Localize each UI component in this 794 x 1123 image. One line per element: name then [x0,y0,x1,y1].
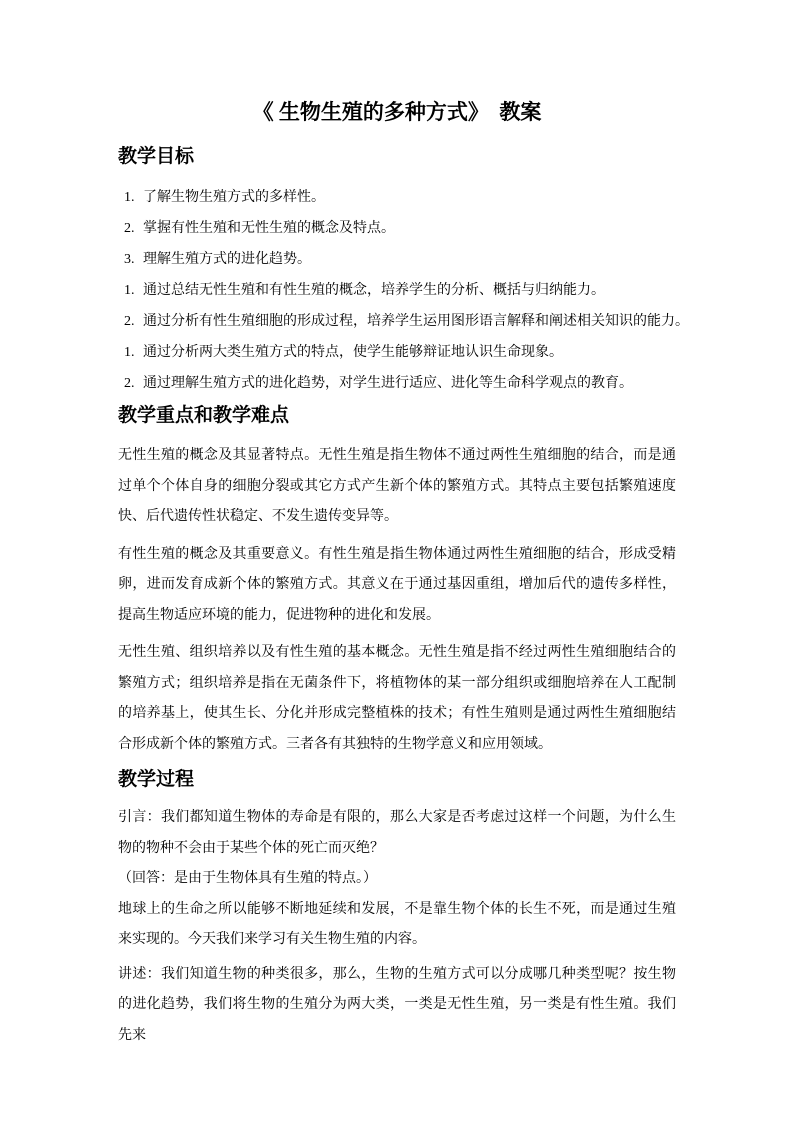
list-item-number: 1. [124,275,143,306]
paragraph-lecture: 讲述：我们知道生物的种类很多，那么，生物的生殖方式可以分成哪几种类型呢？按生物的… [118,960,676,1052]
list-item-text: 通过理解生殖方式的进化趋势，对学生进行适应、进化等生命科学观点的教育。 [143,376,633,391]
list-item: 2.通过分析有性生殖细胞的形成过程，培养学生运用图形语言解释和阐述相关知识的能力… [118,306,676,337]
list-item: 2.掌握有性生殖和无性生殖的概念及特点。 [118,213,676,244]
list-item-number: 2. [124,213,143,244]
paragraph-sexual-concept: 有性生殖的概念及其重要意义。有性生殖是指生物体通过两性生殖细胞的结合，形成受精卵… [118,540,676,632]
objectives-list: 1.了解生物生殖方式的多样性。 2.掌握有性生殖和无性生殖的概念及特点。 3.理… [118,182,676,399]
paragraph-life-continuation: 地球上的生命之所以能够不断地延续和发展，不是靠生物个体的长生不死，而是通过生殖来… [118,895,676,956]
list-item-number: 2. [124,306,143,337]
list-item-number: 1. [124,337,143,368]
list-item-number: 3. [124,244,143,275]
paragraph-basic-concepts: 无性生殖、组织培养以及有性生殖的基本概念。无性生殖是指不经过两性生殖细胞结合的繁… [118,638,676,760]
list-item-text: 通过分析有性生殖细胞的形成过程，培养学生运用图形语言解释和阐述相关知识的能力。 [143,314,689,329]
list-item-text: 理解生殖方式的进化趋势。 [143,252,311,267]
paragraph-asexual-concept: 无性生殖的概念及其显著特点。无性生殖是指生物体不通过两性生殖细胞的结合，而是通过… [118,441,676,533]
list-item: 2.通过理解生殖方式的进化趋势，对学生进行适应、进化等生命科学观点的教育。 [118,368,676,399]
list-item-number: 2. [124,368,143,399]
list-item: 1.通过分析两大类生殖方式的特点，使学生能够辩证地认识生命现象。 [118,337,676,368]
list-item: 3.理解生殖方式的进化趋势。 [118,244,676,275]
heading-teaching-objectives: 教学目标 [118,145,676,168]
list-item-number: 1. [124,182,143,213]
heading-key-points: 教学重点和教学难点 [118,404,676,427]
list-item-text: 了解生物生殖方式的多样性。 [143,190,325,205]
heading-teaching-process: 教学过程 [118,768,676,791]
paragraph-answer: （回答：是由于生物体具有生殖的特点。） [118,864,676,895]
document-page: 《 生物生殖的多种方式》 教案 教学目标 1.了解生物生殖方式的多样性。 2.掌… [0,0,794,1123]
paragraph-introduction: 引言：我们都知道生物体的寿命是有限的，那么大家是否考虑过这样一个问题，为什么生物… [118,803,676,864]
list-item-text: 通过分析两大类生殖方式的特点，使学生能够辩证地认识生命现象。 [143,345,563,360]
list-item: 1.了解生物生殖方式的多样性。 [118,182,676,213]
list-item-text: 通过总结无性生殖和有性生殖的概念，培养学生的分析、概括与归纳能力。 [143,283,605,298]
doc-title: 《 生物生殖的多种方式》 教案 [118,98,676,127]
list-item: 1.通过总结无性生殖和有性生殖的概念，培养学生的分析、概括与归纳能力。 [118,275,676,306]
list-item-text: 掌握有性生殖和无性生殖的概念及特点。 [143,221,395,236]
